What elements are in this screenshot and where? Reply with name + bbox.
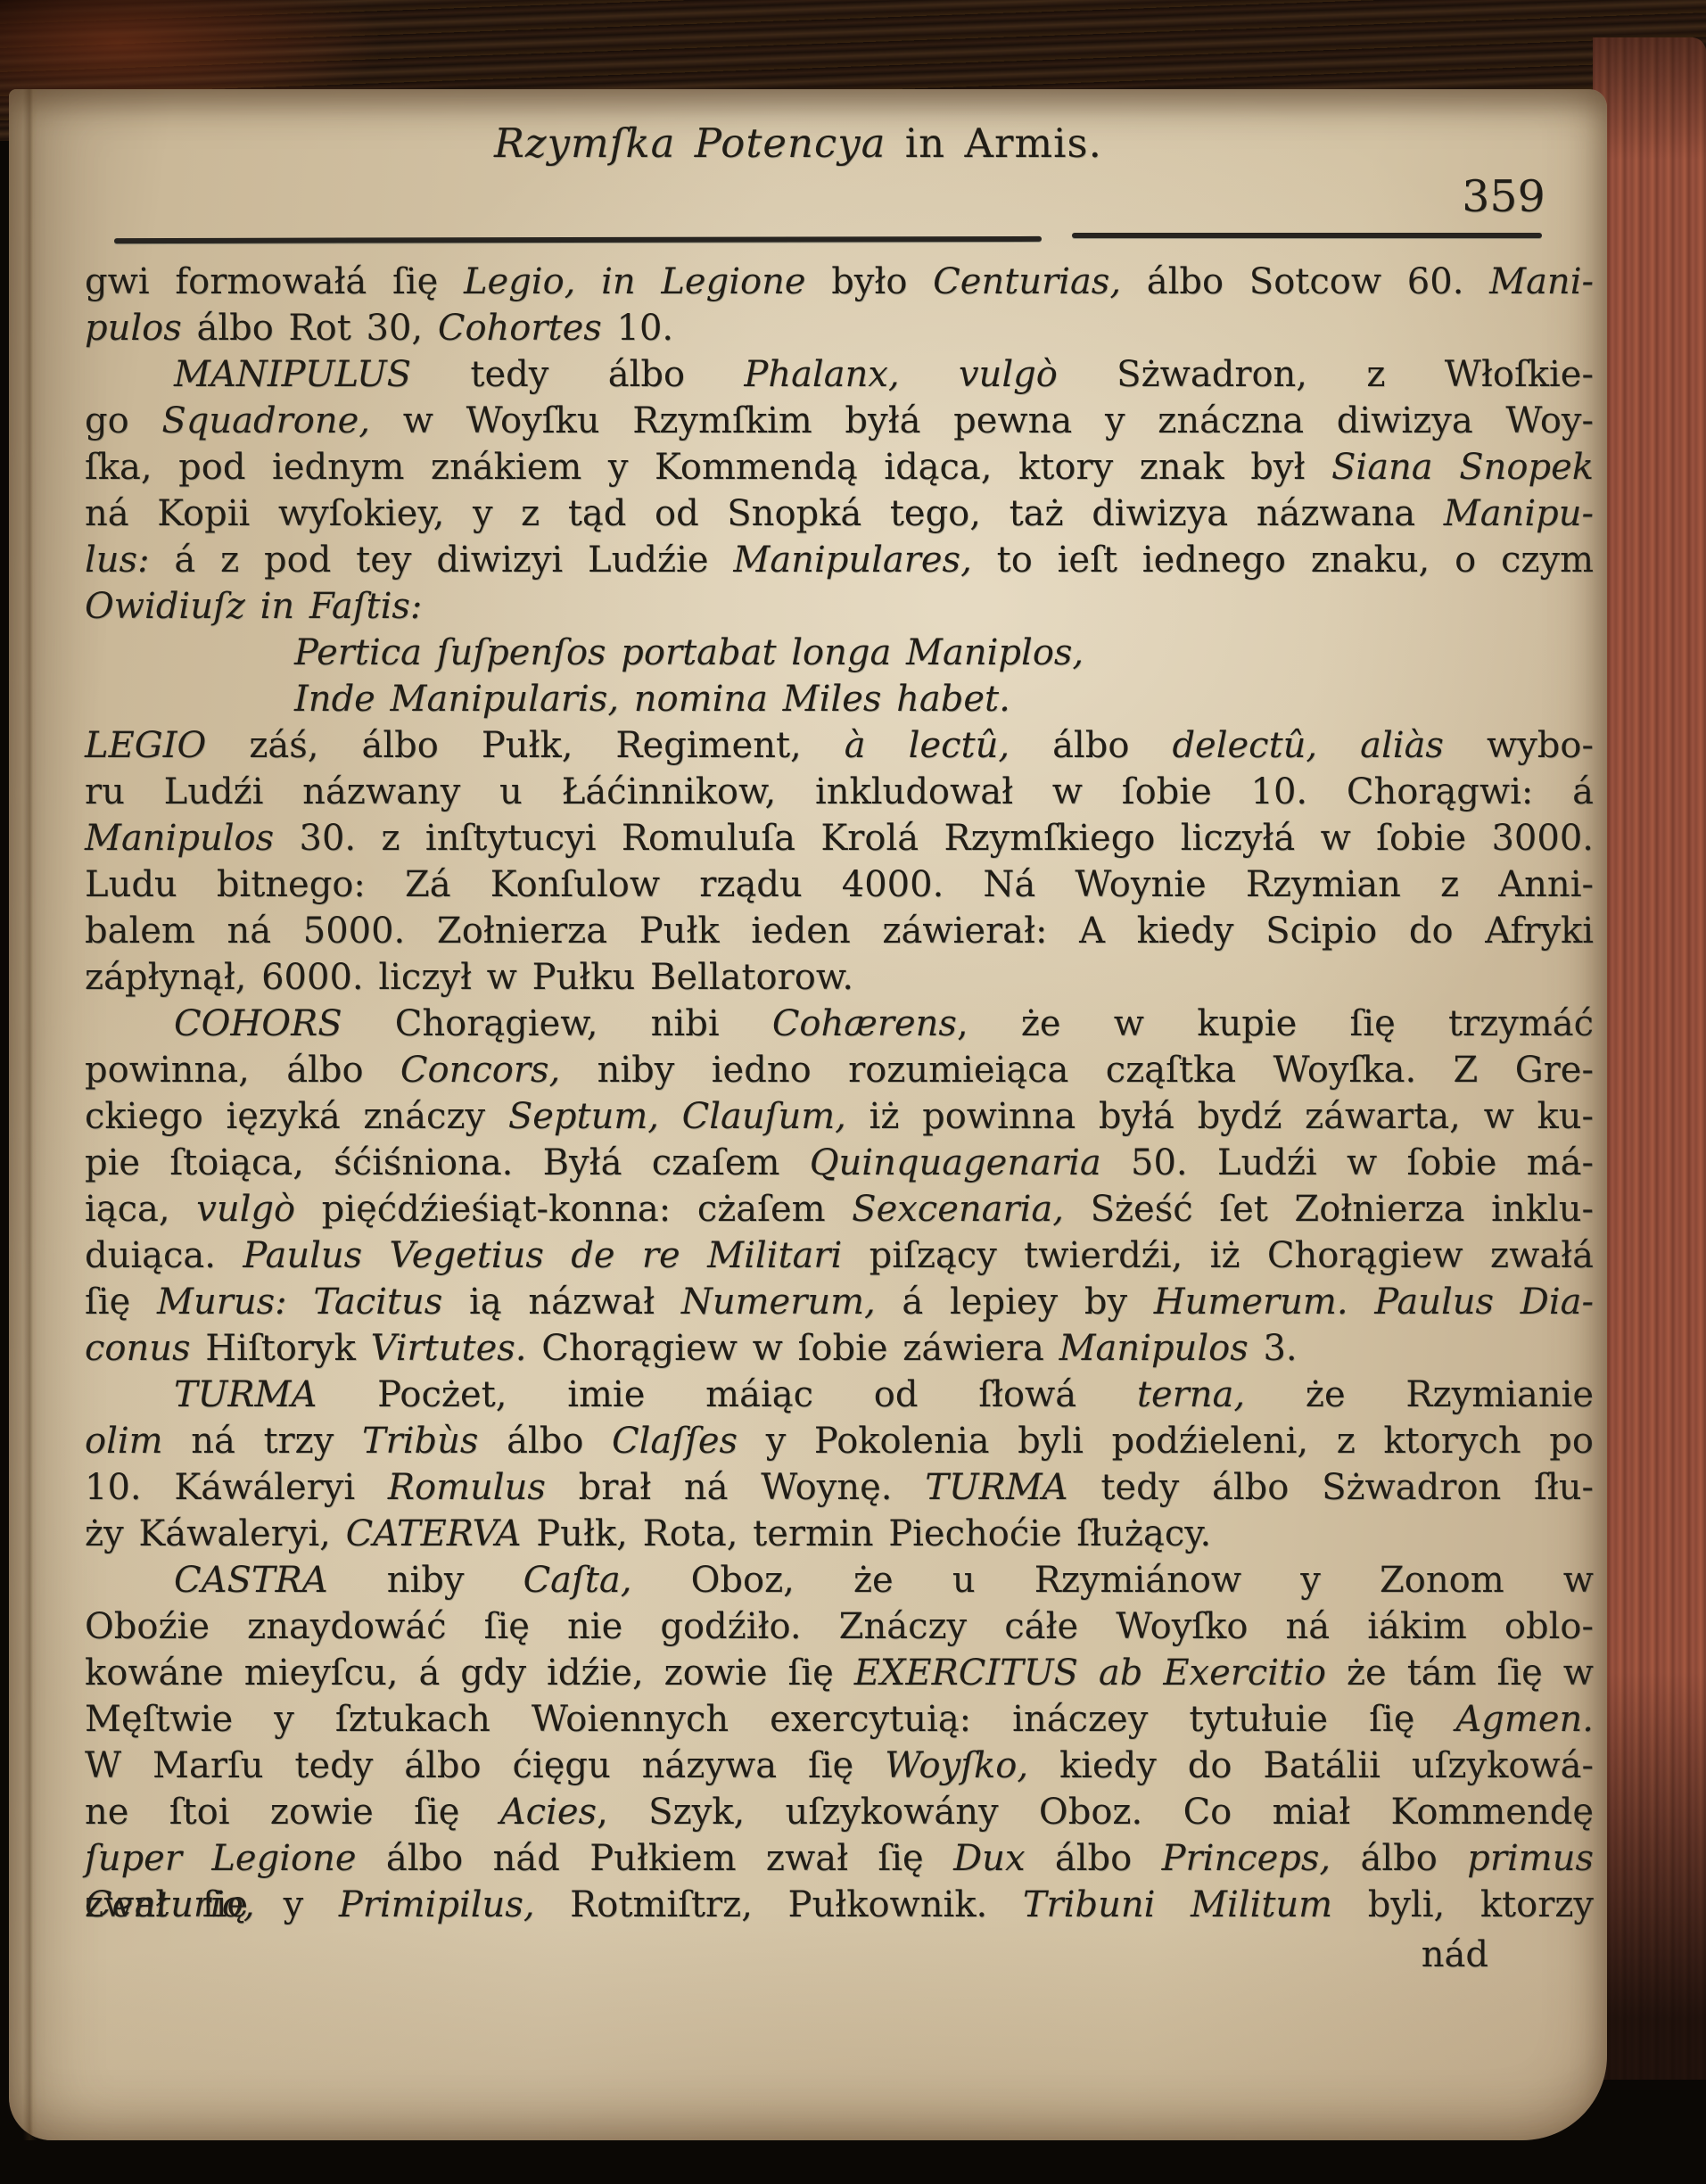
text-line: olim ná trzy Tribùs álbo Claſſes y Pokol… (85, 1418, 1594, 1464)
text-line: Manipulos 30. z inſtytucyi Romuluſa Krol… (85, 815, 1594, 861)
text-line: ne ſtoi zowie ſię Acies, Szyk, uſzykowán… (85, 1789, 1594, 1835)
text-line: ná Kopii wyſokiey, y z tąd od Snopká teg… (85, 490, 1594, 537)
text-line: Owidiuſz in Faſtis: (85, 583, 1594, 630)
text-line: W Marſu tedy álbo ćięgu názywa ſię Woyſk… (85, 1743, 1594, 1789)
page-number: 359 (1432, 171, 1575, 223)
text-line: conus Hiſtoryk Virtutes. Chorągiew w ſob… (85, 1325, 1594, 1372)
photo-background: Rzymſka Potencya in Armis. 359 gwi formo… (0, 0, 1706, 2184)
text-line: zwał ſię y Primipilus, Rotmiſtrz, Pułkow… (85, 1882, 1594, 1928)
book-page: Rzymſka Potencya in Armis. 359 gwi formo… (9, 89, 1607, 2140)
text-line: ckiego ięzyká znáczy Septum, Clauſum, iż… (85, 1093, 1594, 1140)
text-line: ſuper Legione álbo nád Pułkiem zwał ſię … (85, 1835, 1594, 1882)
page-gutter-crease (23, 89, 37, 2140)
text-line: Oboźie znaydowáć ſię nie godźiło. Znáczy… (85, 1603, 1594, 1650)
text-line: gwi formowałá ſię Legio, in Legione było… (85, 259, 1594, 305)
text-line: Ludu bitnego: Zá Konſulow rządu 4000. Ná… (85, 861, 1594, 908)
running-header-title-italic: Rzymſka Potencya (494, 120, 886, 167)
text-line: kowáne mieyſcu, á gdy idźie, zowie ſię E… (85, 1650, 1594, 1696)
text-line: pulos álbo Rot 30, Cohortes 10. (85, 305, 1594, 351)
running-header: Rzymſka Potencya in Armis. (392, 118, 1204, 169)
text-block: gwi formowałá ſię Legio, in Legione było… (85, 259, 1594, 1928)
running-header-title-roman: in Armis. (886, 120, 1101, 167)
text-line: ru Ludźi názwany u Łáćinnikow, inkludowa… (85, 769, 1594, 815)
text-line: Pertica ſuſpenſos portabat longa Maniplo… (85, 630, 1594, 676)
text-line: powinna, álbo Concors, niby iedno rozumi… (85, 1047, 1594, 1093)
text-line: COHORS Chorągiew, nibi Cohærens, że w ku… (85, 1001, 1594, 1047)
text-line: ſka, pod iednym znákiem y Kommendą idąca… (85, 444, 1594, 490)
text-line: Inde Manipularis, nomina Miles habet. (85, 676, 1594, 722)
text-line: zápłynął, 6000. liczył w Pułku Bellatoro… (85, 954, 1594, 1001)
text-line: CASTRA niby Caſta, Oboz, że u Rzymiánow … (85, 1557, 1594, 1603)
text-line: go Squadrone, w Woyſku Rzymſkim byłá pew… (85, 398, 1594, 444)
text-line: duiąca. Paulus Vegetius de re Militari p… (85, 1232, 1594, 1279)
text-line: MANIPULUS tedy álbo Phalanx, vulgò Sżwad… (85, 351, 1594, 398)
book-fore-edge (1593, 37, 1706, 2080)
text-line: TURMA Pocżet, imie máiąc od ſłowá terna,… (85, 1372, 1594, 1418)
text-line: Męſtwie y ſztukach Woiennych exercytuią:… (85, 1696, 1594, 1743)
text-line: ży Káwaleryi, CATERVA Pułk, Rota, termin… (85, 1511, 1594, 1557)
text-line: pie ſtoiąca, śćiśniona. Byłá czaſem Quin… (85, 1140, 1594, 1186)
text-line: ſię Murus: Tacitus ią názwał Numerum, á … (85, 1279, 1594, 1325)
text-line: LEGIO záś, álbo Pułk, Regiment, à lectû,… (85, 722, 1594, 769)
text-line: balem ná 5000. Zołnierza Pułk ieden záwi… (85, 908, 1594, 954)
header-rule-right (1072, 233, 1542, 238)
text-line: lus: á z pod tey diwizyi Ludźie Manipula… (85, 537, 1594, 583)
catchword: nád (85, 1932, 1594, 1978)
text-line: iąca, vulgò pięćdźieśiąt-konna: cżaſem S… (85, 1186, 1594, 1232)
header-rule-left (114, 236, 1042, 243)
text-line: 10. Káwáleryi Romulus brał ná Woynę. TUR… (85, 1464, 1594, 1511)
